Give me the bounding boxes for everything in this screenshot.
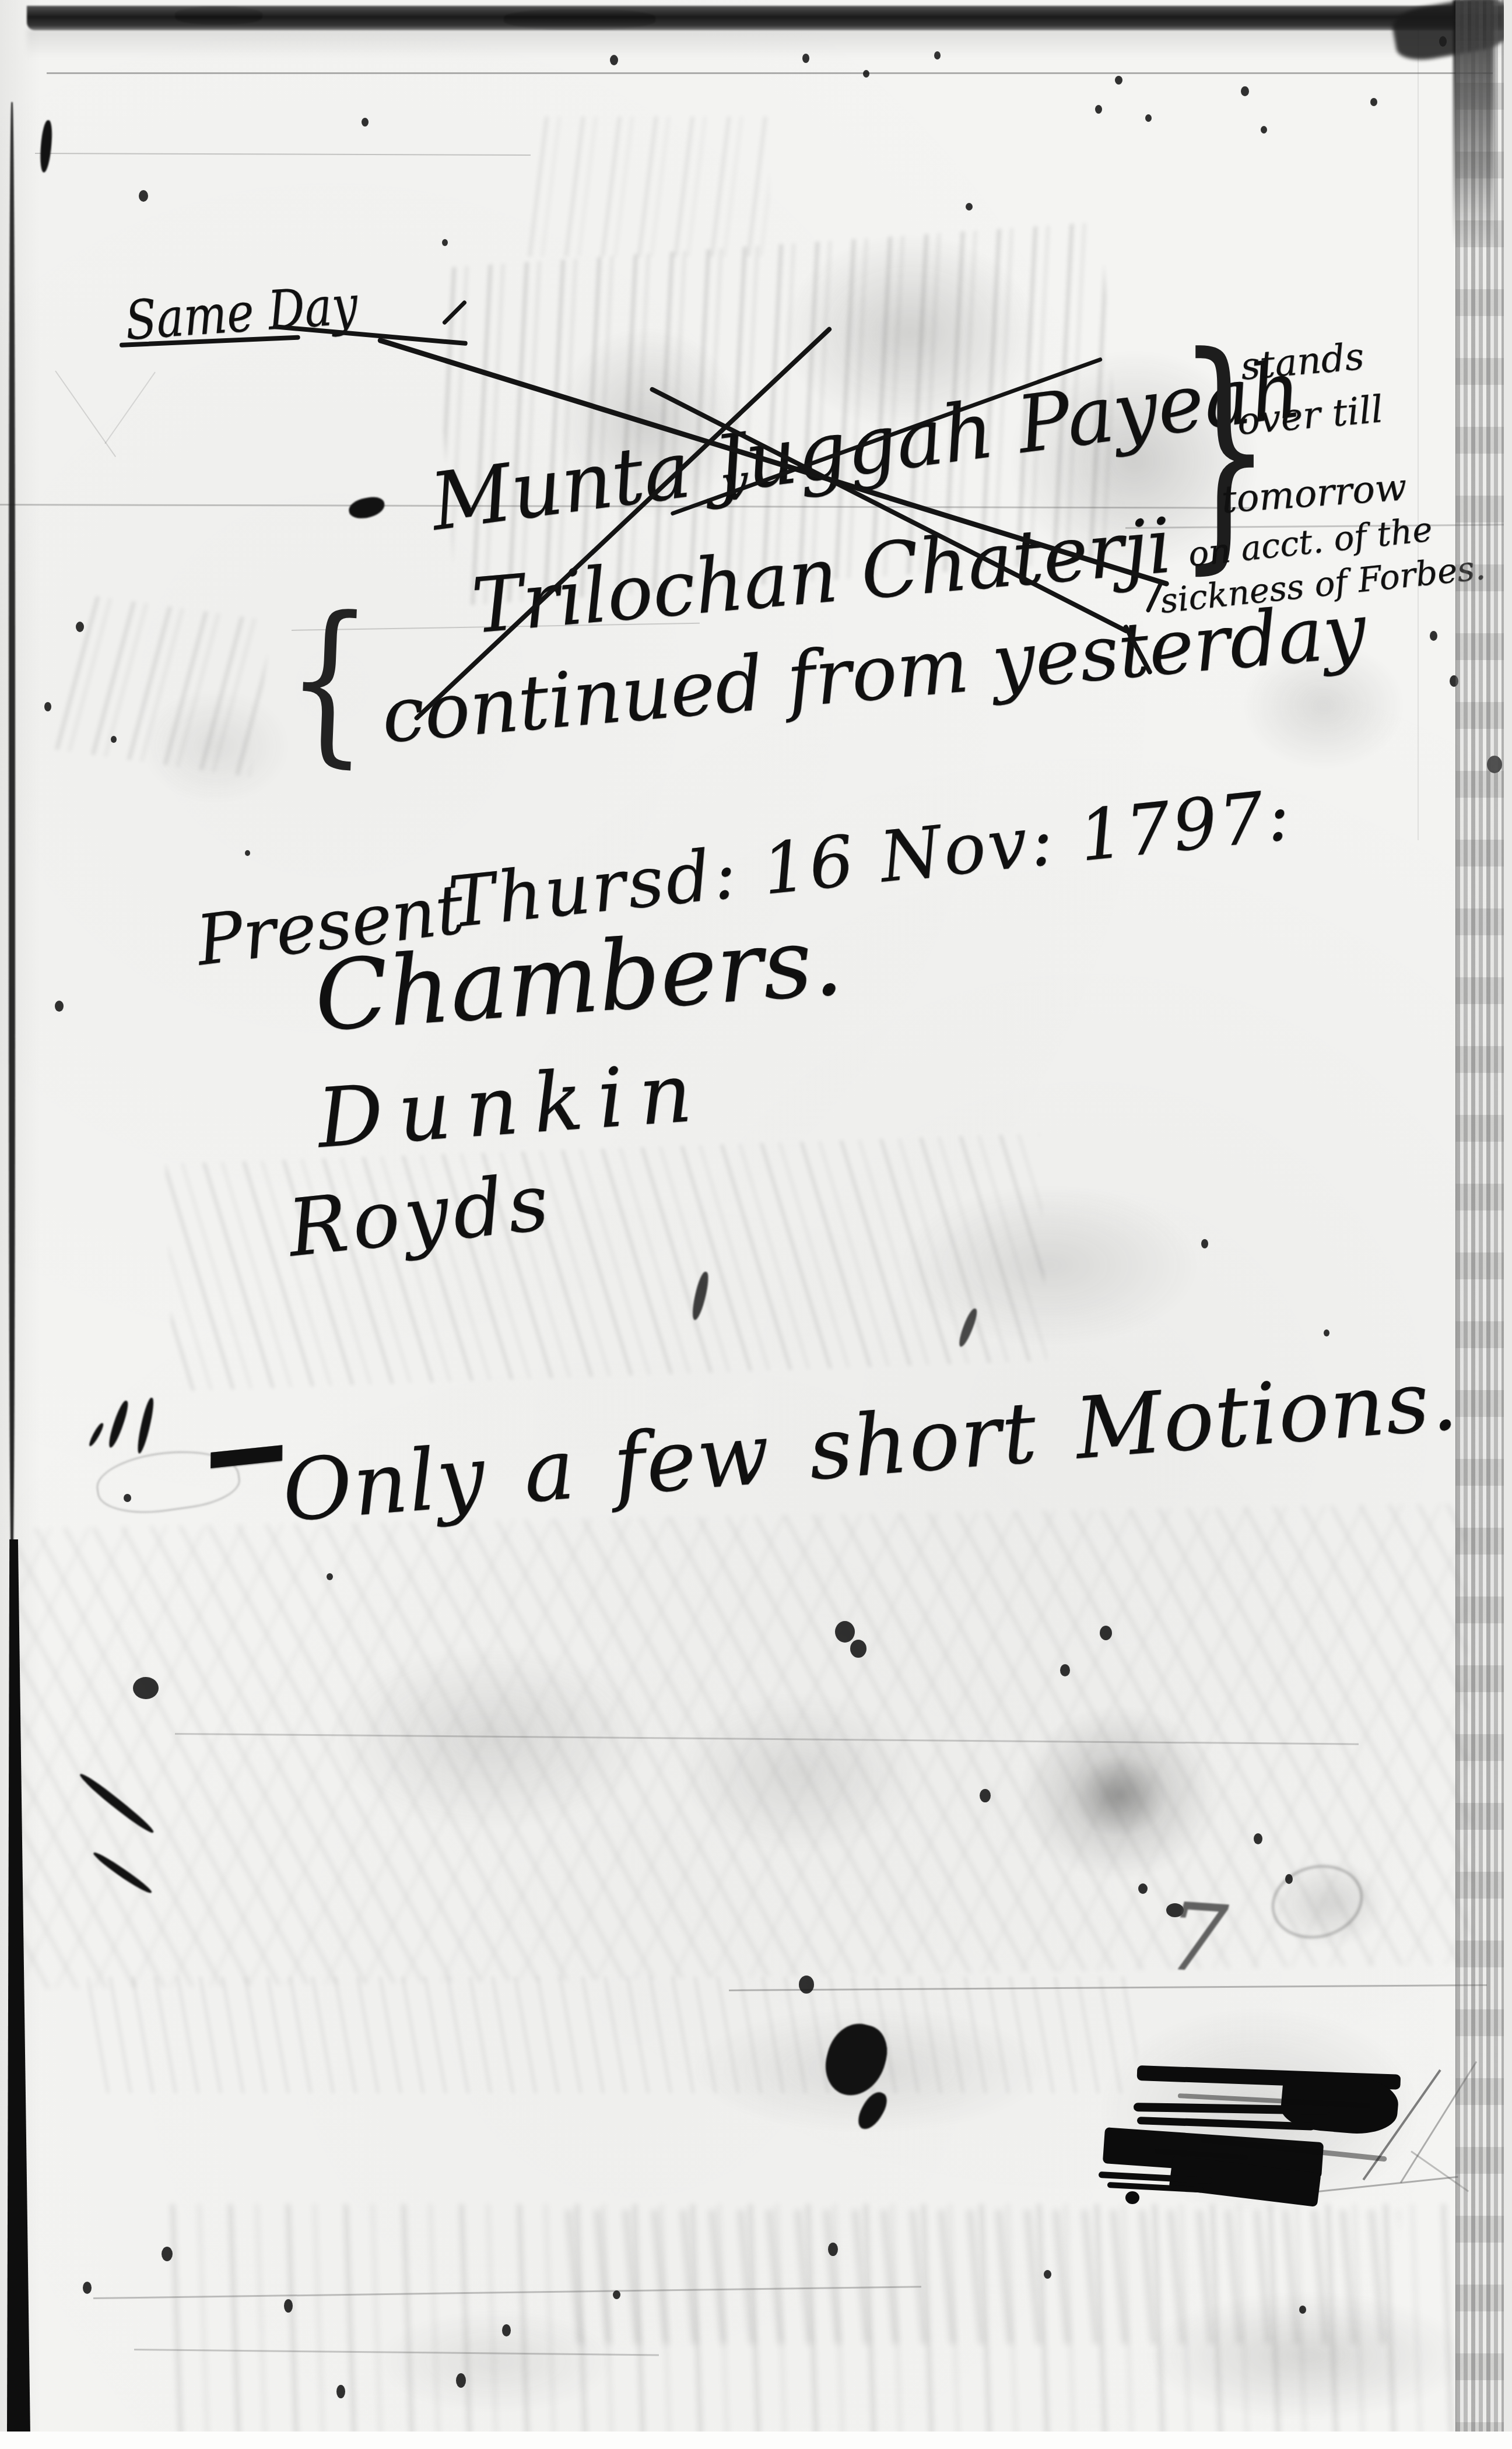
- ink-speck: [124, 1494, 131, 1502]
- ink-speck: [442, 239, 448, 246]
- ink-speck: [850, 1640, 866, 1658]
- stray-numeral-mark: 7: [1164, 1889, 1230, 1987]
- page-fore-edge: [1455, 0, 1505, 2449]
- ink-speck: [162, 2247, 173, 2261]
- ink-speck: [1044, 2270, 1051, 2279]
- bleedthrough-band: [554, 2210, 1399, 2344]
- ink-speck: [327, 1573, 333, 1580]
- scan-line: [1418, 24, 1419, 840]
- ink-blot: [135, 1397, 156, 1455]
- ink-speck: [863, 70, 869, 78]
- ink-speck: [456, 2373, 466, 2388]
- ink-blot: [348, 495, 387, 521]
- ink-speck: [111, 736, 117, 743]
- ink-speck: [336, 2385, 345, 2398]
- ink-speck: [613, 2290, 620, 2299]
- ink-speck: [1430, 631, 1437, 641]
- scan-line: [35, 153, 531, 156]
- ink-speck: [1060, 1664, 1070, 1676]
- page-top-edge: [27, 6, 1512, 30]
- ink-speck: [139, 190, 148, 202]
- ink-speck: [133, 1677, 159, 1699]
- manuscript-page: Same Day Munta Juggah Payeah v Trilochan…: [0, 0, 1512, 2449]
- bleedthrough-band: [13, 1503, 1473, 1989]
- ink-speck: [1095, 105, 1102, 114]
- ink-speck: [1261, 126, 1267, 134]
- scan-line: [104, 372, 156, 444]
- ink-speck: [1201, 1239, 1208, 1248]
- judge-name: Dunkin: [315, 1052, 709, 1160]
- ink-speck: [502, 2324, 511, 2336]
- margin-note-line: stands: [1239, 338, 1366, 386]
- ink-speck: [980, 1789, 991, 1802]
- ink-speck: [1254, 1833, 1262, 1844]
- ink-speck: [55, 1001, 64, 1012]
- scan-line: [47, 72, 1493, 74]
- ink-speck: [1370, 98, 1377, 106]
- ink-speck: [1115, 76, 1122, 85]
- ink-speck: [1145, 114, 1152, 122]
- scribble-stroke: [1125, 2191, 1139, 2204]
- ink-speck: [1299, 2306, 1306, 2314]
- bleedthrough-band: [525, 117, 770, 257]
- ink-speck: [1138, 1883, 1148, 1894]
- scan-background-right: [1504, 0, 1512, 2449]
- ink-speck: [1285, 1874, 1293, 1884]
- scan-background-bottom: [0, 2432, 1512, 2449]
- ink-speck: [1324, 1329, 1329, 1336]
- ink-speck: [44, 702, 51, 711]
- date-heading: Thursd: 16 Nov: 1797:: [445, 780, 1296, 938]
- case-versus: v: [720, 457, 752, 508]
- page-top-edge-shadow: [27, 29, 1512, 58]
- bleedthrough-band: [87, 1977, 1137, 2093]
- ink-speck: [1241, 86, 1249, 96]
- continuation-brace: {: [283, 590, 374, 771]
- binding-gutter-line: [9, 102, 15, 1571]
- dash-mark: —: [198, 1376, 292, 1517]
- ink-blot: [87, 1422, 105, 1447]
- margin-note-line: tomorrow: [1220, 469, 1408, 519]
- ink-speck: [966, 203, 973, 210]
- ink-blot: [39, 120, 53, 173]
- ink-speck: [828, 2243, 838, 2256]
- margin-note-line: over till: [1236, 391, 1384, 441]
- ink-blot: [106, 1399, 130, 1450]
- scan-line: [55, 370, 116, 457]
- bleedthrough-band: [54, 594, 272, 777]
- ink-speck: [835, 1621, 855, 1643]
- ink-speck: [83, 2282, 92, 2294]
- ink-speck: [1100, 1626, 1112, 1640]
- ink-speck: [284, 2299, 293, 2313]
- ink-speck: [76, 622, 84, 632]
- ink-speck: [362, 118, 369, 127]
- ink-speck: [245, 850, 250, 856]
- ink-speck: [799, 1976, 814, 1994]
